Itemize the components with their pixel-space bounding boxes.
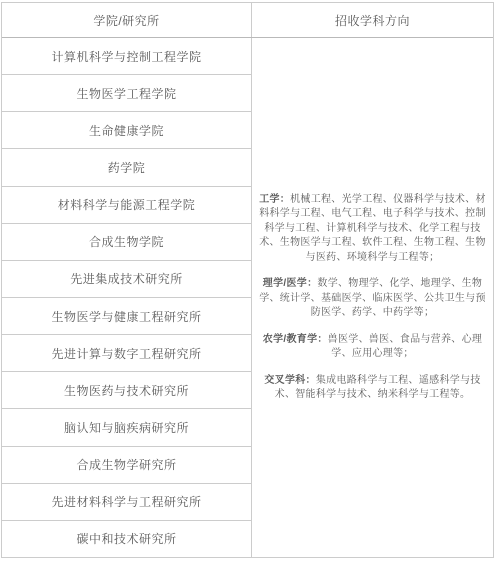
table-row: 生物医学工程学院 <box>2 75 251 112</box>
institution-name: 生物医药与技术研究所 <box>64 382 189 399</box>
table-row: 生命健康学院 <box>2 112 251 149</box>
institution-name: 合成生物学研究所 <box>76 456 176 473</box>
disciplines-merged-cell: 工学：机械工程、光学工程、仪器科学与技术、材料科学与工程、电气工程、电子科学与技… <box>252 38 493 557</box>
table-row: 合成生物学院 <box>2 224 251 261</box>
institution-name: 生命健康学院 <box>89 122 164 139</box>
table-row: 先进集成技术研究所 <box>2 261 251 298</box>
table-row: 生物医学与健康工程研究所 <box>2 298 251 335</box>
institution-column: 计算机科学与控制工程学院生物医学工程学院生命健康学院药学院材料科学与能源工程学院… <box>2 38 252 557</box>
table-row: 材料科学与能源工程学院 <box>2 187 251 224</box>
institution-name: 材料科学与能源工程学院 <box>58 196 196 213</box>
table-row: 先进材料科学与工程研究所 <box>2 484 251 521</box>
discipline-list: 机械工程、光学工程、仪器科学与技术、材料科学与工程、电气工程、电子科学与技术、控… <box>259 194 486 263</box>
table-row: 先进计算与数字工程研究所 <box>2 335 251 372</box>
discipline-category-label: 工学： <box>259 194 290 205</box>
admissions-table: 学院/研究所 招收学科方向 计算机科学与控制工程学院生物医学工程学院生命健康学院… <box>1 2 494 558</box>
header-cell-disciplines: 招收学科方向 <box>252 3 493 37</box>
institution-name: 脑认知与脑疾病研究所 <box>64 419 189 436</box>
institution-name: 先进集成技术研究所 <box>70 270 183 287</box>
header-cell-institutions: 学院/研究所 <box>2 3 252 37</box>
table-row: 生物医药与技术研究所 <box>2 372 251 409</box>
discipline-paragraph: 理学/医学：数学、物理学、化学、地理学、生物学、统计学、基础医学、临床医学、公共… <box>257 277 488 321</box>
table-header-row: 学院/研究所 招收学科方向 <box>2 3 493 38</box>
institution-name: 碳中和技术研究所 <box>76 530 176 547</box>
table-row: 药学院 <box>2 149 251 186</box>
discipline-category-label: 交叉学科： <box>264 375 316 386</box>
institution-name: 先进计算与数字工程研究所 <box>51 345 201 362</box>
institution-name: 先进材料科学与工程研究所 <box>51 493 201 510</box>
table-row: 合成生物学研究所 <box>2 447 251 484</box>
discipline-category-label: 理学/医学： <box>263 278 318 289</box>
table-row: 脑认知与脑疾病研究所 <box>2 409 251 446</box>
discipline-paragraph: 交叉学科：集成电路科学与工程、遥感科学与技术、智能科学与技术、纳米科学与工程等。 <box>257 374 488 403</box>
discipline-paragraph: 工学：机械工程、光学工程、仪器科学与技术、材料科学与工程、电气工程、电子科学与技… <box>257 193 488 266</box>
table-row: 计算机科学与控制工程学院 <box>2 38 251 75</box>
institution-name: 药学院 <box>108 159 146 176</box>
discipline-paragraph: 农学/教育学：兽医学、兽医、食品与营养、心理学、应用心理等； <box>257 333 488 362</box>
discipline-category-label: 农学/教育学： <box>263 334 328 345</box>
institution-name: 合成生物学院 <box>89 233 164 250</box>
institution-name: 计算机科学与控制工程学院 <box>51 48 201 65</box>
table-body: 计算机科学与控制工程学院生物医学工程学院生命健康学院药学院材料科学与能源工程学院… <box>2 38 493 557</box>
institution-name: 生物医学工程学院 <box>76 85 176 102</box>
table-row: 碳中和技术研究所 <box>2 521 251 557</box>
institution-name: 生物医学与健康工程研究所 <box>51 308 201 325</box>
discipline-list: 兽医学、兽医、食品与营养、心理学、应用心理等； <box>328 334 483 360</box>
